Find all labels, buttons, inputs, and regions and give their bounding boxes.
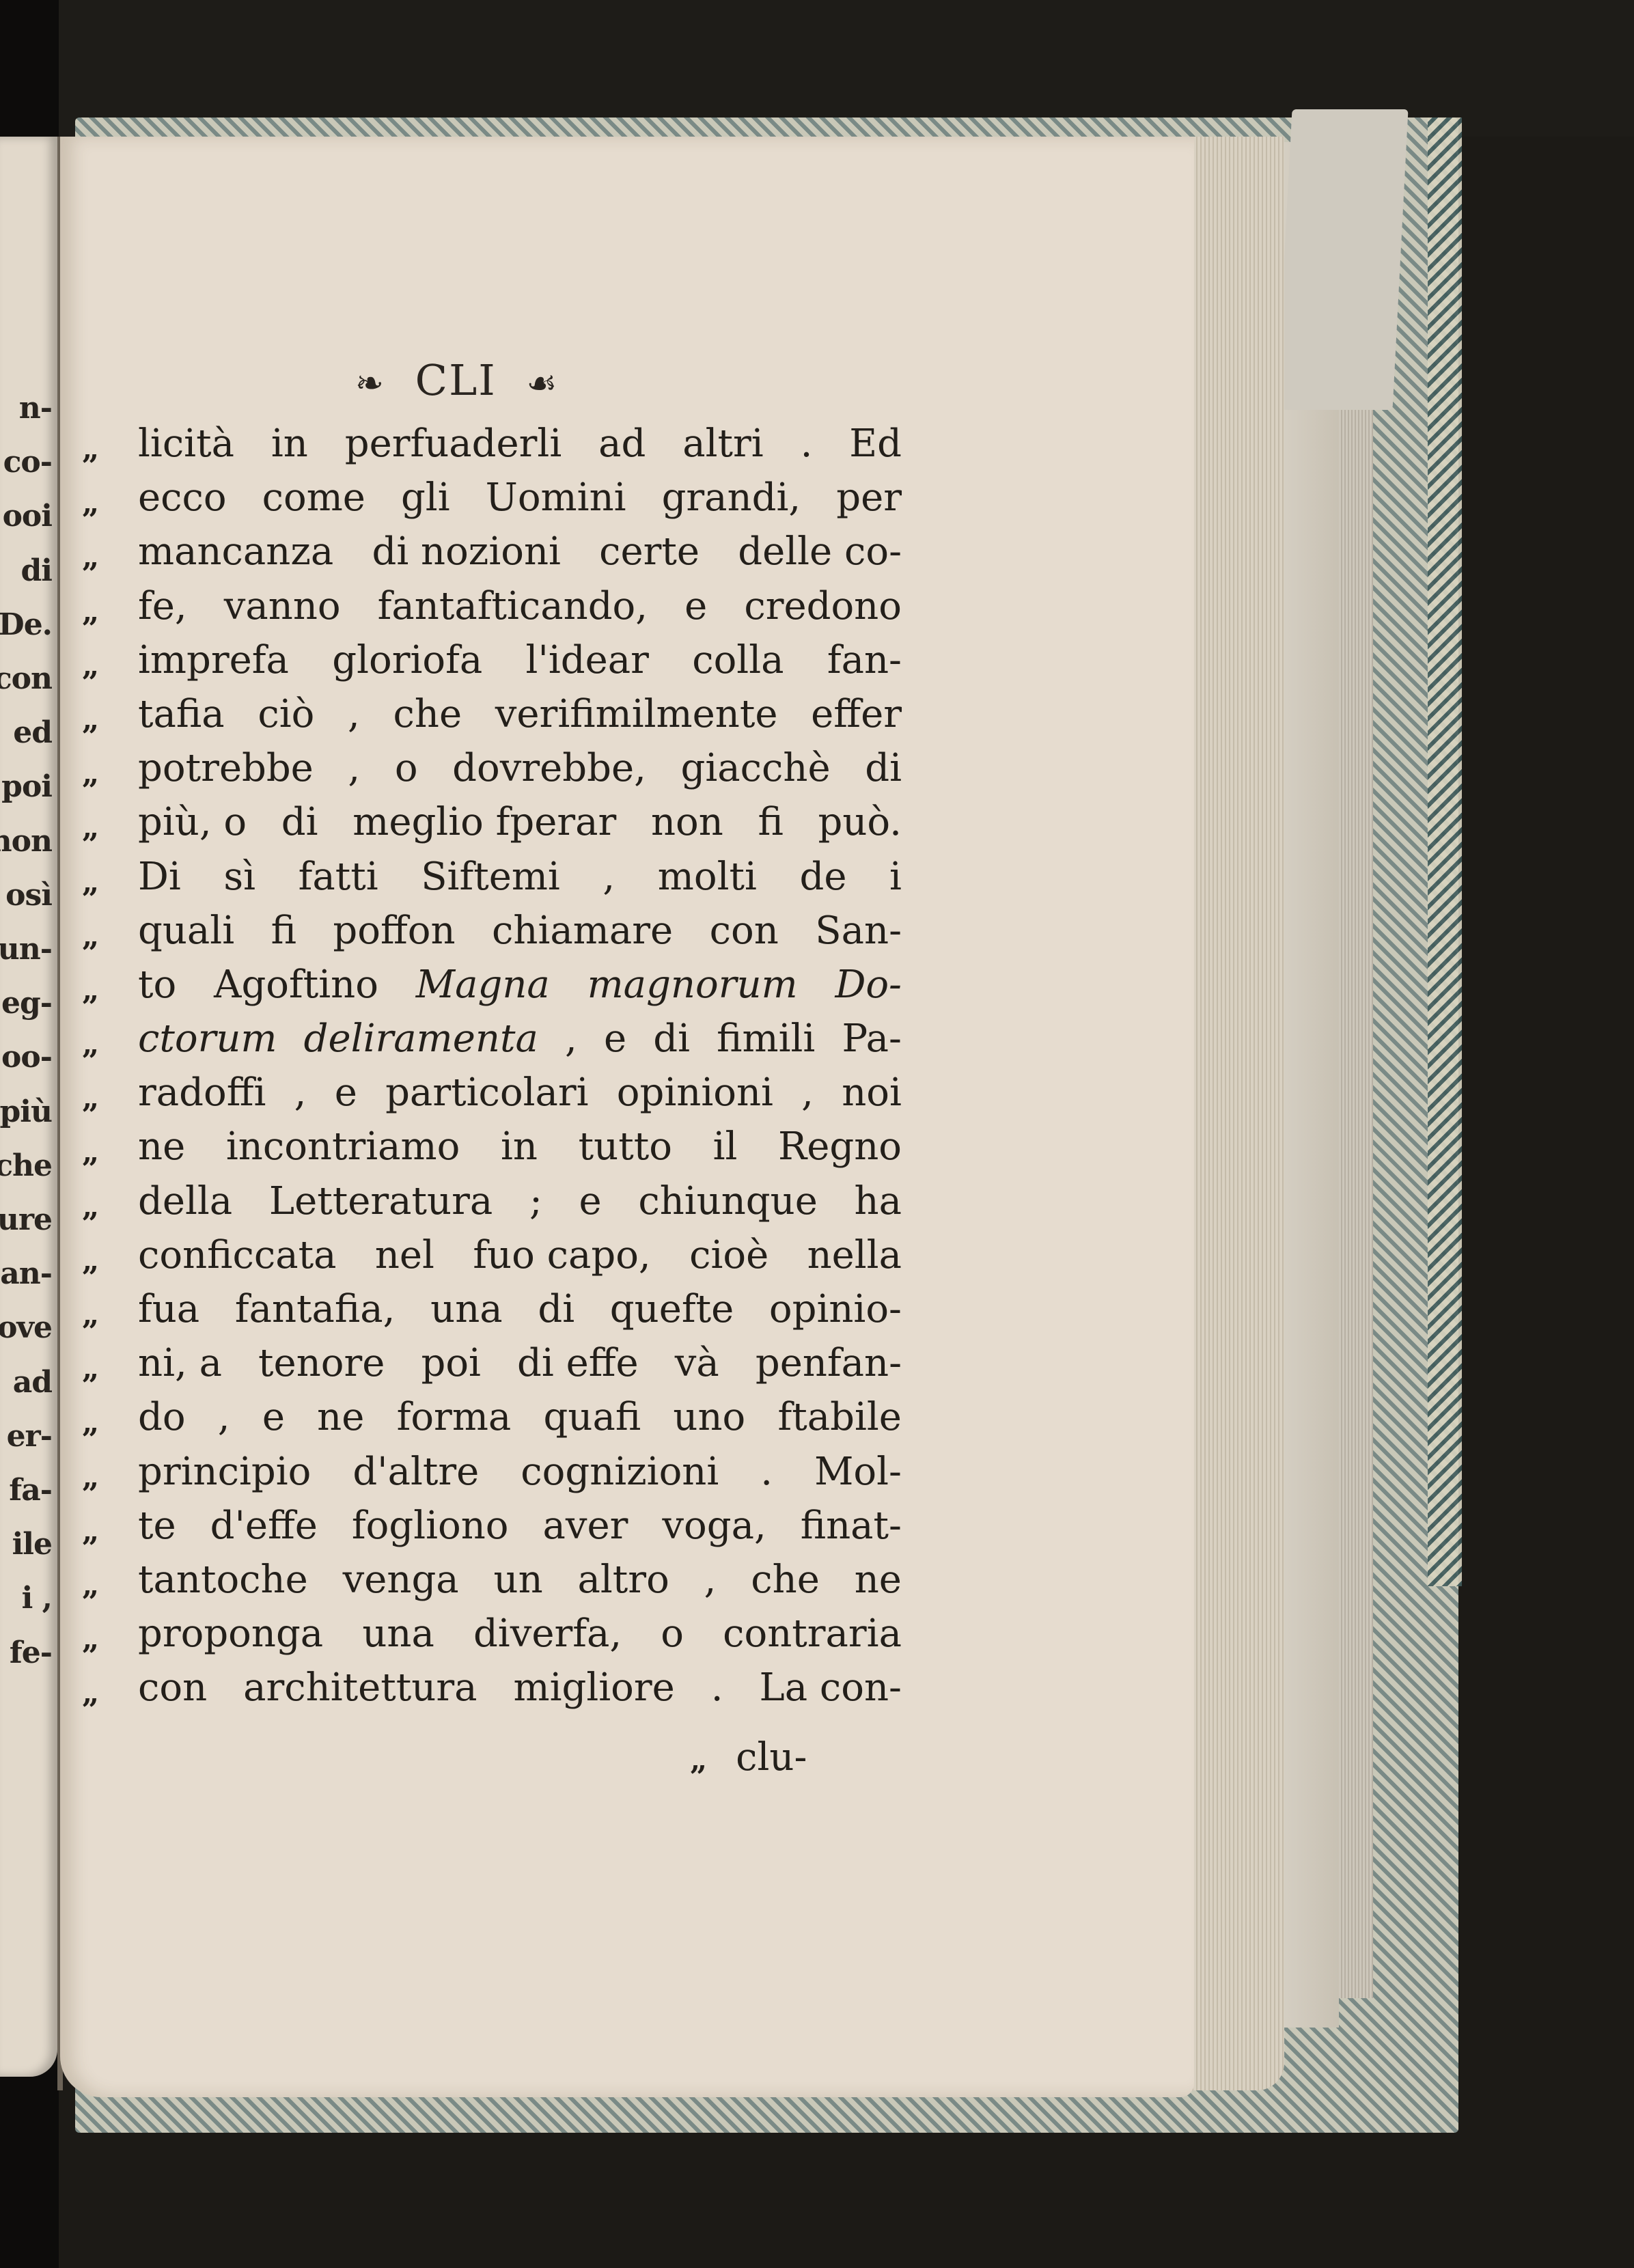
word: Di xyxy=(138,850,181,904)
word: di xyxy=(653,1012,690,1066)
word: fogliono xyxy=(352,1499,509,1553)
word: proponga xyxy=(138,1607,323,1661)
word: Pa- xyxy=(842,1012,901,1066)
text-line: „conarchitetturamigliore.La con- xyxy=(82,1661,902,1715)
text-line: „ni, atenorepoidi effevàpenfan- xyxy=(82,1336,902,1390)
word: che xyxy=(393,687,462,741)
ornament-right-icon: ☙ xyxy=(526,363,558,403)
left-page-text-fragment: n- xyxy=(19,391,52,426)
word: perfuaderli xyxy=(345,417,562,471)
quote-mark: „ xyxy=(82,1234,99,1288)
line-text: più, odimeglio fperarnonfipuò. xyxy=(138,795,902,849)
word: vanno xyxy=(224,579,341,633)
quote-mark: „ xyxy=(82,476,99,530)
word: Agoftino xyxy=(214,958,378,1012)
word: migliore xyxy=(513,1661,674,1715)
word: d'effe xyxy=(210,1499,318,1553)
word: o xyxy=(661,1607,684,1661)
word: meglio fperar xyxy=(352,795,616,849)
line-text: principiod'altrecognizioni.Mol- xyxy=(138,1445,902,1499)
quote-mark: „ xyxy=(82,1180,99,1234)
word: gli xyxy=(401,471,450,525)
page-edges-front xyxy=(1185,137,1284,2090)
word: di effe xyxy=(517,1336,639,1390)
word: come xyxy=(262,471,365,525)
word: cioè xyxy=(689,1228,768,1282)
word: noi xyxy=(842,1066,902,1120)
word: altri xyxy=(682,417,763,471)
word: Do- xyxy=(835,958,902,1012)
word: il xyxy=(713,1120,738,1174)
word: fe, xyxy=(138,579,187,633)
left-page-text-fragment: ure xyxy=(0,1202,52,1237)
word: effer xyxy=(811,687,902,741)
word: finat- xyxy=(801,1499,902,1553)
word: Siftemi xyxy=(421,850,560,904)
text-line: „DisìfattiSiftemi,moltidei xyxy=(82,850,902,904)
quote-mark: „ xyxy=(82,585,99,639)
word: fan- xyxy=(827,633,902,687)
left-page-text-fragment: fe- xyxy=(10,1635,52,1670)
word: quefte xyxy=(610,1282,734,1336)
word: con xyxy=(138,1661,207,1715)
word: ftabile xyxy=(777,1390,901,1444)
line-text: fuafantafia,unadiquefteopinio- xyxy=(138,1282,902,1336)
word: to xyxy=(138,958,176,1012)
word: ne xyxy=(317,1390,364,1444)
word: diverfa, xyxy=(473,1607,622,1661)
word: penfan- xyxy=(756,1336,902,1390)
line-text: neincontriamointuttoilRegno xyxy=(138,1120,902,1174)
line-text: potrebbe,odovrebbe,giacchèdi xyxy=(138,741,902,795)
quote-mark: „ xyxy=(82,1612,99,1666)
left-page-text-fragment: più xyxy=(0,1094,52,1129)
word: fuo capo, xyxy=(473,1228,650,1282)
word: Letteratura xyxy=(269,1174,493,1228)
word: San- xyxy=(815,904,902,958)
word: tantoche xyxy=(138,1553,308,1607)
word: incontriamo xyxy=(226,1120,460,1174)
word: architettura xyxy=(243,1661,477,1715)
text-line: „licitàinperfuaderliadaltri.Ed xyxy=(82,417,902,471)
word: ad xyxy=(598,417,646,471)
left-page-text-fragment: er- xyxy=(7,1419,52,1454)
left-page-text-fragment: un- xyxy=(0,932,52,967)
word: credono xyxy=(744,579,902,633)
quote-mark: „ xyxy=(82,1071,99,1125)
word: ciò xyxy=(258,687,314,741)
word: ni, a xyxy=(138,1336,222,1390)
word: di xyxy=(538,1282,574,1336)
left-page-text-fragment: non xyxy=(0,824,52,859)
word: , xyxy=(294,1066,307,1120)
page-numeral: CLI xyxy=(415,355,497,405)
word: , xyxy=(348,741,360,795)
text-line: „tafiaciò,cheverifimilmenteeffer xyxy=(82,687,902,741)
word: poffon xyxy=(333,904,455,958)
page-header: ❧ CLI ☙ xyxy=(355,355,558,405)
line-text: imprefagloriofal'idearcollafan- xyxy=(138,633,902,687)
word: , xyxy=(348,687,360,741)
word: delle co- xyxy=(738,525,902,579)
word: quali xyxy=(138,904,234,958)
page-edges-middle xyxy=(1277,142,1339,2028)
line-text: propongaunadiverfa,ocontraria xyxy=(138,1607,902,1661)
quote-mark: „ xyxy=(82,693,99,747)
torn-flyleaf xyxy=(1276,109,1408,410)
left-page-text-fragment: ooi xyxy=(3,499,52,534)
left-page-text-fragment: che xyxy=(0,1148,52,1183)
word: Mol- xyxy=(814,1445,902,1499)
text-line: „eccocomegliUominigrandi,per xyxy=(82,471,902,525)
word: và xyxy=(675,1336,719,1390)
word: i xyxy=(889,850,902,904)
word: che xyxy=(751,1553,820,1607)
word: potrebbe xyxy=(138,741,314,795)
word: può. xyxy=(818,795,901,849)
left-page-text-fragment: ove xyxy=(0,1310,52,1345)
text-line: „potrebbe,odovrebbe,giacchèdi xyxy=(82,741,902,795)
left-page-text-fragment: an- xyxy=(0,1256,52,1291)
catchword-text: clu- xyxy=(736,1735,807,1780)
word: una xyxy=(430,1282,503,1336)
catchword: „ clu- xyxy=(690,1735,807,1780)
left-page-text-fragment: poi xyxy=(1,769,52,804)
left-page-fragment: n-co-ooidiDe.conedpoinonosìun-eg-oo-piùc… xyxy=(0,137,57,2077)
word: . xyxy=(801,417,813,471)
word: tafia xyxy=(138,687,225,741)
line-text: tafiaciò,cheverifimilmenteeffer xyxy=(138,687,902,741)
line-text: ted'effefoglionoavervoga,finat- xyxy=(138,1499,902,1553)
quote-mark: „ xyxy=(82,1504,99,1558)
word: Regno xyxy=(778,1120,902,1174)
word: imprefa xyxy=(138,633,289,687)
word: molti xyxy=(658,850,757,904)
quote-mark: „ xyxy=(82,1396,99,1450)
book-cover-edge xyxy=(1428,117,1462,1586)
word: contraria xyxy=(723,1607,902,1661)
word: mancanza xyxy=(138,525,333,579)
text-line: „tantochevengaunaltro,chene xyxy=(82,1553,902,1607)
left-page-text-fragment: ile xyxy=(12,1527,52,1562)
word: , xyxy=(565,1012,577,1066)
word: verifimilmente xyxy=(495,687,778,741)
word: deliramenta xyxy=(304,1012,538,1066)
line-text: conarchitetturamigliore.La con- xyxy=(138,1661,902,1715)
quote-mark: „ xyxy=(82,1558,99,1612)
word: in xyxy=(501,1120,538,1174)
text-line: „do,eneformaquafiunoftabile xyxy=(82,1390,902,1444)
word: e xyxy=(684,579,707,633)
line-text: conficcatanelfuo capo,cioènella xyxy=(138,1228,902,1282)
word: certe xyxy=(599,525,700,579)
left-page-text-fragment: De. xyxy=(0,607,52,642)
text-line: „qualifipoffonchiamareconSan- xyxy=(82,904,902,958)
line-text: licitàinperfuaderliadaltri.Ed xyxy=(138,417,902,471)
word: do xyxy=(138,1390,186,1444)
word: ne xyxy=(138,1120,185,1174)
word: voga, xyxy=(662,1499,766,1553)
line-text: qualifipoffonchiamareconSan- xyxy=(138,904,902,958)
word: nel xyxy=(375,1228,434,1282)
word: magnorum xyxy=(587,958,798,1012)
left-page-text-fragment: eg- xyxy=(1,986,52,1021)
word: fua xyxy=(138,1282,199,1336)
word: di nozioni xyxy=(372,525,560,579)
word: quafi xyxy=(544,1390,641,1444)
word: fantafticando, xyxy=(378,579,648,633)
word: colla xyxy=(692,633,784,687)
line-text: tantochevengaunaltro,chene xyxy=(138,1553,902,1607)
text-line: „principiod'altrecognizioni.Mol- xyxy=(82,1445,902,1499)
quote-mark: „ xyxy=(82,801,99,855)
line-text: ni, atenorepoidi effevàpenfan- xyxy=(138,1336,902,1390)
left-page-text-fragment: di xyxy=(21,553,52,588)
text-line: „imprefagloriofal'idearcollafan- xyxy=(82,633,902,687)
word: più, o xyxy=(138,795,247,849)
quote-mark: „ xyxy=(82,1666,99,1720)
word: tutto xyxy=(579,1120,672,1174)
word: Uomini xyxy=(486,471,626,525)
text-line: „radoffi,eparticolariopinioni,noi xyxy=(82,1066,902,1120)
word: e xyxy=(335,1066,357,1120)
word: La con- xyxy=(760,1661,902,1715)
word: e xyxy=(262,1390,285,1444)
quote-mark: „ xyxy=(690,1743,707,1778)
word: in xyxy=(271,417,308,471)
word: poi xyxy=(421,1336,480,1390)
text-line: „mancanzadi nozionicertedelle co- xyxy=(82,525,902,579)
word: , xyxy=(801,1066,814,1120)
quote-mark: „ xyxy=(82,1288,99,1342)
word: grandi, xyxy=(662,471,801,525)
line-text: toAgoftinoMagnamagnorumDo- xyxy=(138,958,902,1012)
word: fimili xyxy=(717,1012,815,1066)
word: tenore xyxy=(258,1336,385,1390)
left-page-text-fragment: osì xyxy=(5,878,52,913)
quote-mark: „ xyxy=(82,1450,99,1504)
left-page-text-fragment: ad xyxy=(13,1365,52,1400)
left-page-text-fragment: ed xyxy=(13,715,52,750)
quote-mark: „ xyxy=(82,639,99,693)
ornament-left-icon: ❧ xyxy=(355,363,385,403)
word: particolari xyxy=(385,1066,588,1120)
quote-mark: „ xyxy=(82,963,99,1017)
word: ha xyxy=(855,1174,902,1228)
line-text: eccocomegliUominigrandi,per xyxy=(138,471,902,525)
word: di xyxy=(865,741,902,795)
word: non xyxy=(651,795,723,849)
text-line: „propongaunadiverfa,ocontraria xyxy=(82,1607,902,1661)
text-line: „fe,vannofantafticando,ecredono xyxy=(82,579,902,633)
word: fi xyxy=(758,795,783,849)
word: principio xyxy=(138,1445,311,1499)
word: forma xyxy=(397,1390,512,1444)
quote-mark: „ xyxy=(82,855,99,909)
quote-mark: „ xyxy=(82,1125,99,1179)
line-text: do,eneformaquafiunoftabile xyxy=(138,1390,902,1444)
line-text: DisìfattiSiftemi,moltidei xyxy=(138,850,902,904)
line-text: dellaLetteratura;echiunqueha xyxy=(138,1174,902,1228)
word: venga xyxy=(343,1553,459,1607)
quote-mark: „ xyxy=(82,530,99,584)
word: ctorum xyxy=(138,1012,277,1066)
left-page-text-fragment: co- xyxy=(3,445,52,480)
left-page-text-fragment: i , xyxy=(22,1581,52,1616)
word: e xyxy=(604,1012,626,1066)
word: chiunque xyxy=(638,1174,818,1228)
word: cognizioni xyxy=(521,1445,719,1499)
word: fi xyxy=(271,904,296,958)
text-line: „conficcatanelfuo capo,cioènella xyxy=(82,1228,902,1282)
word: della xyxy=(138,1174,232,1228)
word: , xyxy=(704,1553,717,1607)
word: d'altre xyxy=(352,1445,479,1499)
left-page-text-fragment: con xyxy=(0,661,52,696)
word: radoffi xyxy=(138,1066,266,1120)
line-text: radoffi,eparticolariopinioni,noi xyxy=(138,1066,902,1120)
word: sì xyxy=(223,850,255,904)
word: per xyxy=(836,471,902,525)
body-text: „licitàinperfuaderliadaltri.Ed„eccocomeg… xyxy=(82,417,902,1715)
left-page-text-fragment: oo- xyxy=(1,1040,52,1075)
quote-mark: „ xyxy=(82,1342,99,1396)
word: un xyxy=(494,1553,543,1607)
word: altro xyxy=(578,1553,669,1607)
text-line: „toAgoftinoMagnamagnorumDo- xyxy=(82,958,902,1012)
line-text: ctorumdeliramenta,edifimiliPa- xyxy=(138,1012,902,1066)
text-line: „dellaLetteratura;echiunqueha xyxy=(82,1174,902,1228)
word: e xyxy=(579,1174,602,1228)
left-page-text-fragment: fa- xyxy=(9,1473,52,1508)
word: fatti xyxy=(299,850,378,904)
text-line: „ctorumdeliramenta,edifimiliPa- xyxy=(82,1012,902,1066)
text-line: „più, odimeglio fperarnonfipuò. xyxy=(82,795,902,849)
word: conficcata xyxy=(138,1228,337,1282)
word: con xyxy=(710,904,779,958)
word: fantafia, xyxy=(235,1282,396,1336)
word: o xyxy=(395,741,418,795)
word: de xyxy=(799,850,846,904)
text-line: „neincontriamointuttoilRegno xyxy=(82,1120,902,1174)
word: Ed xyxy=(849,417,902,471)
quote-mark: „ xyxy=(82,422,99,476)
word: aver xyxy=(542,1499,628,1553)
line-text: mancanzadi nozionicertedelle co- xyxy=(138,525,902,579)
word: una xyxy=(362,1607,434,1661)
quote-mark: „ xyxy=(82,909,99,963)
word: Magna xyxy=(416,958,550,1012)
word: . xyxy=(711,1661,723,1715)
word: , xyxy=(603,850,615,904)
text-line: „fuafantafia,unadiquefteopinio- xyxy=(82,1282,902,1336)
word: te xyxy=(138,1499,176,1553)
word: uno xyxy=(673,1390,745,1444)
line-text: fe,vannofantafticando,ecredono xyxy=(138,579,902,633)
word: . xyxy=(760,1445,773,1499)
word: ne xyxy=(855,1553,902,1607)
word: opinio- xyxy=(769,1282,902,1336)
word: di xyxy=(281,795,318,849)
word: dovrebbe, xyxy=(452,741,646,795)
word: ecco xyxy=(138,471,227,525)
word: l'idear xyxy=(526,633,649,687)
word: gloriofa xyxy=(332,633,482,687)
word: opinioni xyxy=(617,1066,773,1120)
word: , xyxy=(218,1390,230,1444)
word: chiamare xyxy=(492,904,673,958)
word: ; xyxy=(529,1174,542,1228)
text-line: „ted'effefoglionoavervoga,finat- xyxy=(82,1499,902,1553)
word: nella xyxy=(807,1228,902,1282)
word: giacchè xyxy=(681,741,831,795)
word: licità xyxy=(138,417,234,471)
quote-mark: „ xyxy=(82,747,99,801)
quote-mark: „ xyxy=(82,1017,99,1071)
